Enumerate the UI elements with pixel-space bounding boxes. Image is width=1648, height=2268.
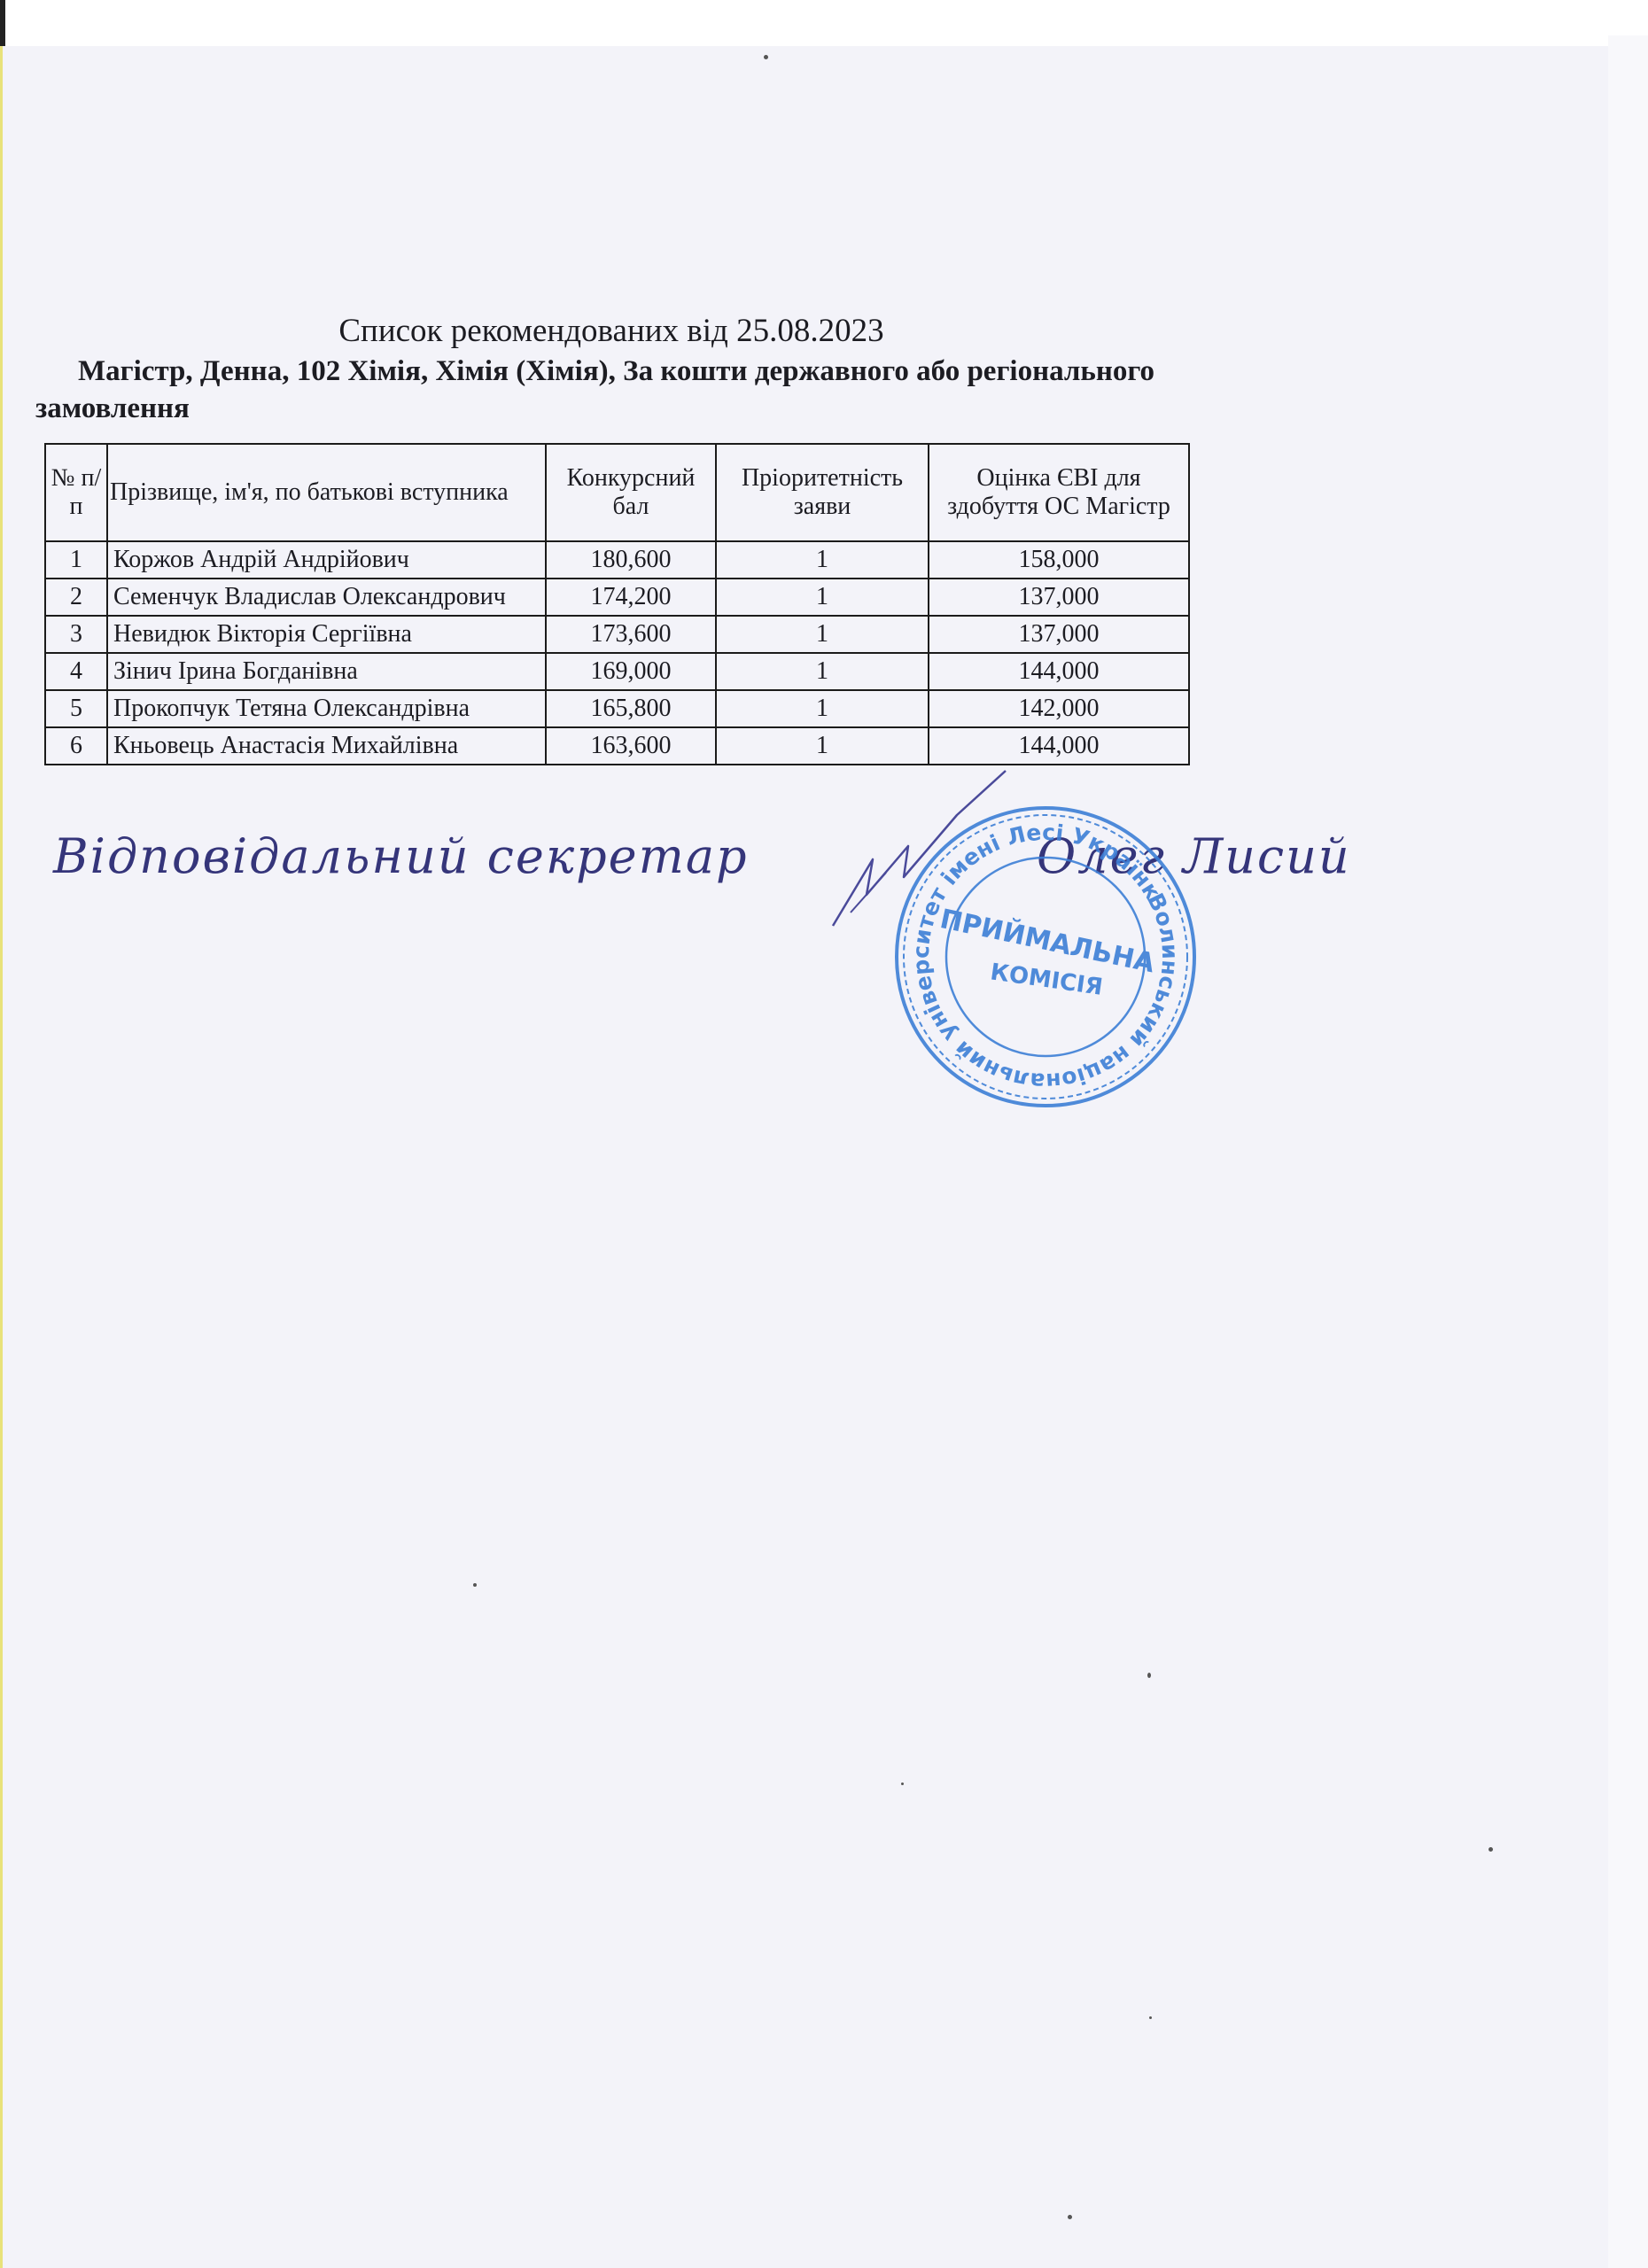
cell-score: 163,600 <box>546 727 716 765</box>
cell-number: 4 <box>45 653 107 690</box>
cell-evi: 137,000 <box>929 616 1189 653</box>
scan-speck <box>1068 2215 1072 2219</box>
cell-number: 3 <box>45 616 107 653</box>
scan-speck <box>764 55 768 59</box>
scan-edge <box>0 0 5 46</box>
cell-evi: 144,000 <box>929 727 1189 765</box>
header-score: Конкурсний бал <box>546 444 716 541</box>
header-number: № п/п <box>45 444 107 541</box>
handwritten-role: Відповідальний секретар <box>53 828 749 884</box>
cell-priority: 1 <box>716 727 929 765</box>
table-header-row: № п/п Прізвище, ім'я, по батькові вступн… <box>45 444 1189 541</box>
document-subtitle: Магістр, Денна, 102 Хімія, Хімія (Хімія)… <box>35 353 1187 427</box>
cell-score: 180,600 <box>546 541 716 579</box>
recommended-list-table: № п/п Прізвище, ім'я, по батькові вступн… <box>44 443 1190 765</box>
cell-name: Семенчук Владислав Олександрович <box>107 579 546 616</box>
cell-score: 165,800 <box>546 690 716 727</box>
cell-priority: 1 <box>716 616 929 653</box>
cell-priority: 1 <box>716 541 929 579</box>
cell-name: Кньовець Анастасія Михайлівна <box>107 727 546 765</box>
cell-evi: 137,000 <box>929 579 1189 616</box>
cell-priority: 1 <box>716 579 929 616</box>
table-row: 4Зінич Ірина Богданівна169,0001144,000 <box>45 653 1189 690</box>
cell-priority: 1 <box>716 653 929 690</box>
scan-right-margin <box>1608 35 1648 2268</box>
cell-name: Зінич Ірина Богданівна <box>107 653 546 690</box>
table-row: 2Семенчук Владислав Олександрович174,200… <box>45 579 1189 616</box>
cell-score: 174,200 <box>546 579 716 616</box>
cell-score: 173,600 <box>546 616 716 653</box>
table-row: 1Коржов Андрій Андрійович180,6001158,000 <box>45 541 1189 579</box>
scan-edge-left <box>0 46 3 2268</box>
scan-top-band <box>0 0 1648 46</box>
cell-evi: 144,000 <box>929 653 1189 690</box>
cell-name: Невидюк Вікторія Сергіївна <box>107 616 546 653</box>
header-evi: Оцінка ЄВІ для здобуття ОС Магістр <box>929 444 1189 541</box>
cell-number: 6 <box>45 727 107 765</box>
cell-evi: 158,000 <box>929 541 1189 579</box>
scan-speck <box>1149 2016 1152 2019</box>
cell-priority: 1 <box>716 690 929 727</box>
cell-number: 1 <box>45 541 107 579</box>
scan-speck <box>473 1583 477 1587</box>
scan-speck <box>901 1783 904 1785</box>
scan-speck <box>1147 1673 1151 1678</box>
cell-number: 2 <box>45 579 107 616</box>
cell-score: 169,000 <box>546 653 716 690</box>
header-priority: Пріоритетність заяви <box>716 444 929 541</box>
header-name: Прізвище, ім'я, по батькові вступника <box>107 444 546 541</box>
cell-number: 5 <box>45 690 107 727</box>
document-title: Список рекомендованих від 25.08.2023 <box>0 312 1223 351</box>
cell-name: Прокопчук Тетяна Олександрівна <box>107 690 546 727</box>
table-row: 3Невидюк Вікторія Сергіївна173,6001137,0… <box>45 616 1189 653</box>
cell-evi: 142,000 <box>929 690 1189 727</box>
scan-speck <box>1489 1847 1493 1852</box>
table-row: 5Прокопчук Тетяна Олександрівна165,80011… <box>45 690 1189 727</box>
cell-name: Коржов Андрій Андрійович <box>107 541 546 579</box>
table-row: 6Кньовець Анастасія Михайлівна163,600114… <box>45 727 1189 765</box>
official-stamp: Волинський національний університет імен… <box>886 797 1205 1116</box>
